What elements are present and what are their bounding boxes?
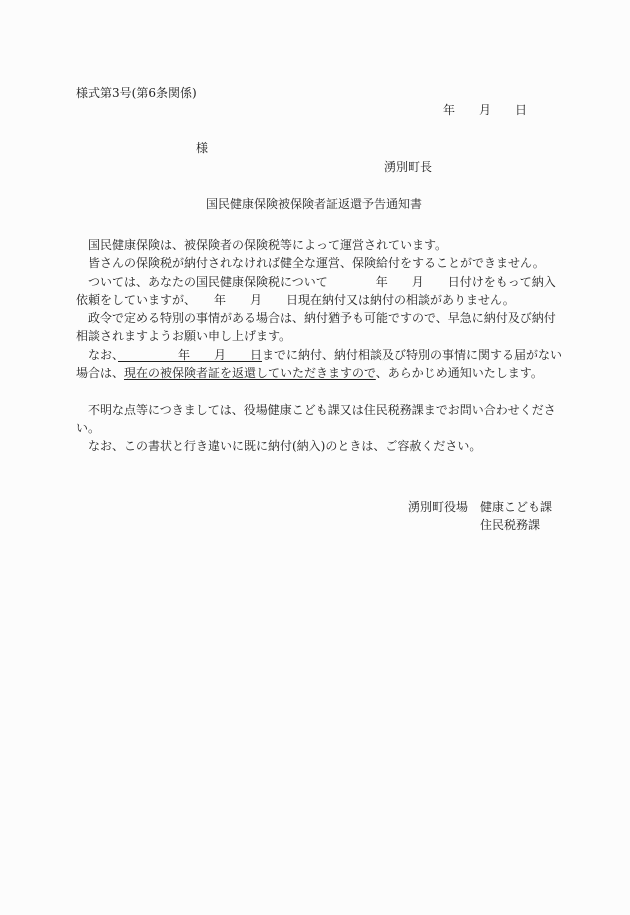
closing-line: い。 <box>76 419 556 437</box>
return-card-warning: 現在の被保険者証を返還していただきますので <box>124 366 376 380</box>
document-body: 国民健康保険は、被保険者の保険税等によって運営されています。 皆さんの保険税が納… <box>76 236 556 456</box>
signature-department: 湧別町役場 健康こども課 <box>408 500 552 514</box>
notice-prefix: なお、 <box>76 348 118 362</box>
form-number: 様式第3号(第6条関係) <box>76 86 197 100</box>
notice-line: 場合は、現在の被保険者証を返還していただきますので、あらかじめ通知いたします。 <box>76 364 556 382</box>
issuer-name: 湧別町長 <box>384 160 432 174</box>
signature-division: 住民税務課 <box>480 518 540 532</box>
addressee-suffix: 様 <box>196 141 208 155</box>
body-line: 皆さんの保険税が納付されなければ健全な運営、保険給付をすることができません。 <box>76 254 556 272</box>
body-line: 依頼をしていますが、 年 月 日現在納付又は納付の相談がありません。 <box>76 291 556 309</box>
closing-line: なお、この書状と行き違いに既に納付(納入)のときは、ご容赦ください。 <box>76 437 556 455</box>
body-line: 相談されますようお願い申し上げます。 <box>76 327 556 345</box>
body-line: 政令で定める特別の事情がある場合は、納付猶予も可能ですので、早急に納付及び納付 <box>76 309 556 327</box>
closing-line: 不明な点等につきましては、役場健康こども課又は住民税務課までお問い合わせくださ <box>76 401 556 419</box>
deadline-date-blank: 年 月 日 <box>118 348 262 362</box>
notice-prefix: 場合は、 <box>76 366 124 380</box>
body-line: 国民健康保険は、被保険者の保険税等によって運営されています。 <box>76 236 556 254</box>
notice-suffix: 、あらかじめ通知いたします。 <box>376 366 543 380</box>
date-line: 年 月 日 <box>443 103 527 117</box>
document-title: 国民健康保険被保険者証返還予告通知書 <box>206 197 422 211</box>
body-line: ついては、あなたの国民健康保険税について 年 月 日付けをもって納入 <box>76 273 556 291</box>
notice-line: なお、 年 月 日までに納付、納付相談及び特別の事情に関する届がない <box>76 346 556 364</box>
notice-suffix: までに納付、納付相談及び特別の事情に関する届がない <box>262 348 562 362</box>
spacer <box>76 382 556 400</box>
